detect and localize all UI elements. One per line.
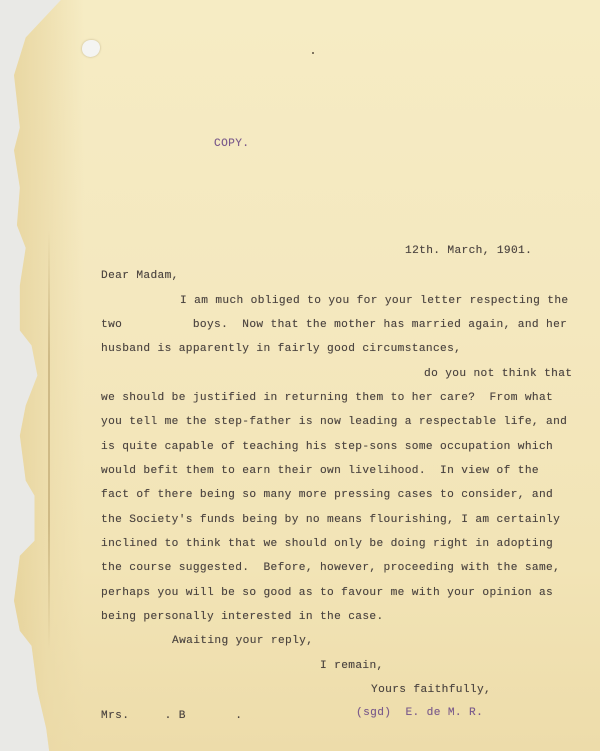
salutation: Dear Madam, (101, 269, 179, 283)
body-line: you tell me the step-father is now leadi… (101, 415, 567, 429)
body-line: the course suggested. Before, however, p… (101, 561, 560, 575)
body-line: the Society's funds being by no means fl… (101, 513, 560, 527)
body-line: fact of there being so many more pressin… (101, 488, 553, 502)
body-line: is quite capable of teaching his step-so… (101, 440, 553, 454)
body-line: do you not think that (424, 367, 572, 381)
remain-line: I remain, (320, 659, 384, 673)
closing-line: Awaiting your reply, (172, 634, 313, 648)
body-line: inclined to think that we should only be… (101, 537, 553, 551)
valediction: Yours faithfully, (371, 683, 491, 697)
body-line: husband is apparently in fairly good cir… (101, 342, 461, 356)
signature: (sgd) E. de M. R. (356, 706, 483, 720)
addressee: Mrs. . B . (101, 709, 242, 723)
body-line: two boys. Now that the mother has marrie… (101, 318, 567, 332)
body-line: we should be justified in returning them… (101, 391, 553, 405)
paper-crease (48, 230, 50, 650)
body-line: perhaps you will be so good as to favour… (101, 586, 553, 600)
ink-speck (312, 52, 314, 54)
letter-date: 12th. March, 1901. (405, 244, 532, 258)
copy-header: COPY. (214, 137, 249, 151)
body-line: I am much obliged to you for your letter… (180, 294, 569, 308)
body-line: being personally interested in the case. (101, 610, 384, 624)
body-line: would befit them to earn their own livel… (101, 464, 539, 478)
